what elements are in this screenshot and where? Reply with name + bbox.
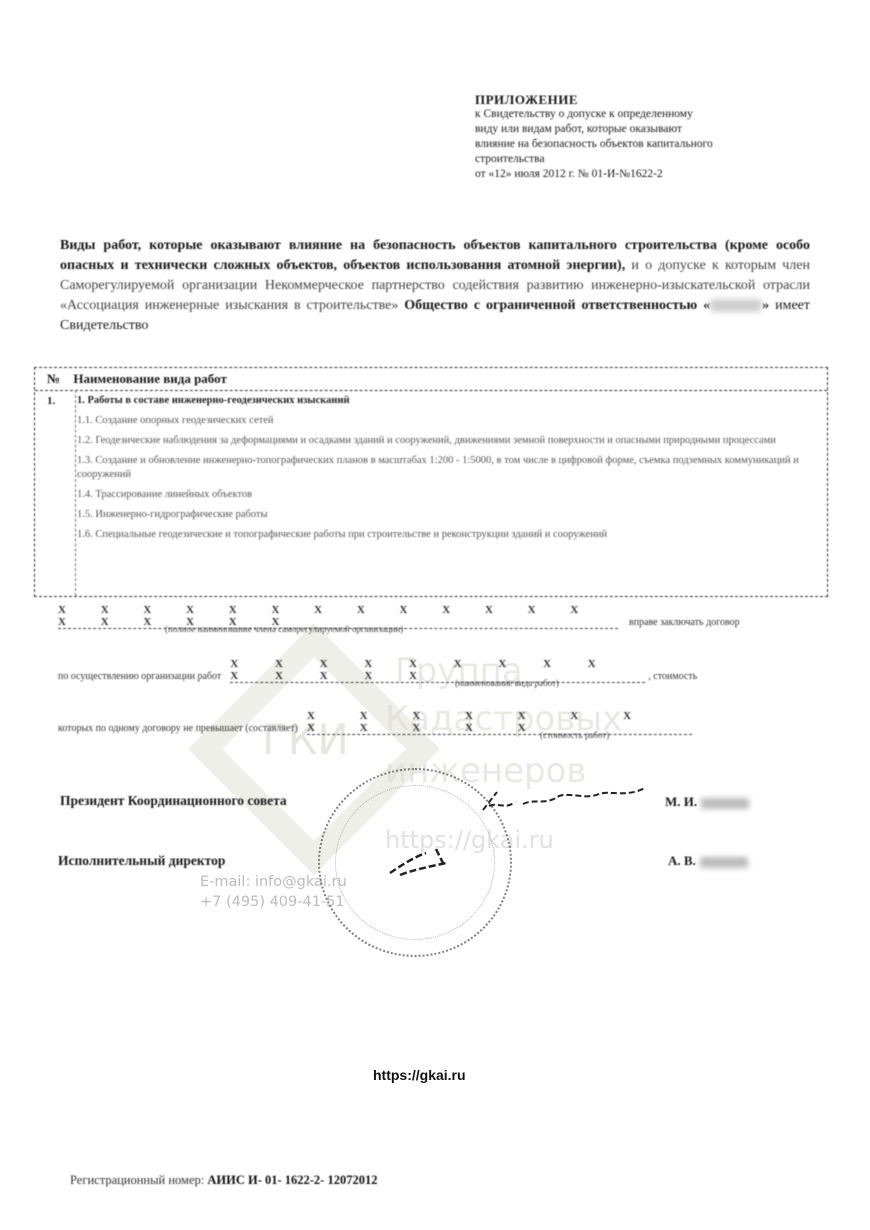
table-row: 1.6. Специальные геодезические и топогра… — [77, 528, 817, 542]
intro-org-suffix: » — [762, 298, 769, 313]
appendix-line-1: к Свидетельству о допуске к определенном… — [475, 107, 845, 122]
contract-line-3-placeholder: X X X X X X X X X X X X — [307, 710, 692, 735]
contract-line-2-prefix: по осуществлению организации работ — [58, 671, 221, 682]
registration-label: Регистрационный номер: — [70, 1173, 204, 1187]
redacted-director-surname — [700, 857, 748, 868]
work-types-table: № Наименование вида работ 1. 1. Работы в… — [34, 367, 828, 597]
contract-line-2: по осуществлению организации работ X X X… — [58, 658, 697, 683]
redacted-org-name — [710, 299, 762, 312]
table-row: 1.3. Создание и обновление инженерно-топ… — [77, 454, 817, 482]
appendix-line-2: виду или видам работ, которые оказывают — [475, 122, 845, 137]
table-header-name: Наименование вида работ — [73, 371, 227, 386]
appendix-line-5: от «12» июля 2012 г. № 01-И-№1622-2 — [475, 167, 845, 182]
document-page: ГКИ Группа Кадастровых инженеров https:/… — [0, 0, 870, 1230]
table-row: 1.1. Создание опорных геодезических сете… — [77, 414, 817, 428]
table-row: 1.2. Геодезические наблюдения за деформа… — [77, 434, 817, 448]
appendix-title: ПРИЛОЖЕНИЕ — [475, 92, 845, 107]
contract-line-2-placeholder: X X X X X X X X X X X X X X — [230, 658, 645, 683]
table-row-number: 1. — [47, 395, 55, 407]
contract-line-3-prefix: которых по одному договору не превышает … — [58, 723, 298, 734]
president-initials: М. И. — [665, 794, 697, 809]
table-rows: 1. Работы в составе инженерно-геодезичес… — [77, 394, 817, 548]
president-name: М. И. — [665, 794, 749, 810]
intro-paragraph: Виды работ, которые оказывают влияние на… — [60, 236, 810, 336]
table-row: 1.4. Трассирование линейных объектов — [77, 488, 817, 502]
contract-line-1-suffix: вправе заключать договор — [629, 617, 740, 628]
table-divider — [75, 390, 76, 596]
appendix-header: ПРИЛОЖЕНИЕ к Свидетельству о допуске к о… — [475, 92, 845, 182]
contract-line-2-suffix: , стоимость — [648, 671, 697, 682]
contract-line-2-caption: (наименование вида работ) — [455, 678, 559, 688]
director-initials: А. В. — [668, 853, 696, 868]
president-signature-icon — [475, 780, 655, 830]
director-label: Исполнительный директор — [58, 853, 225, 869]
intro-org-prefix: Общество с ограниченной ответственностью… — [404, 298, 710, 313]
redacted-president-surname — [701, 798, 749, 809]
president-label: Президент Координационного совета — [60, 793, 287, 809]
registration-number: Регистрационный номер: АИИС И- 01- 1622-… — [70, 1173, 377, 1188]
contract-line-3-caption: (стоимость работ) — [540, 730, 609, 740]
table-group-title: 1. Работы в составе инженерно-геодезичес… — [77, 394, 817, 408]
director-name: А. В. — [668, 853, 748, 869]
table-row: 1.5. Инженерно-гидрографические работы — [77, 508, 817, 522]
table-header-num: № — [47, 371, 60, 386]
footer-url-link[interactable]: https://gkai.ru — [373, 1067, 466, 1083]
table-header: № Наименование вида работ — [35, 368, 827, 391]
director-signature-icon — [380, 835, 490, 885]
contract-line-1-caption: (полное наименование члена саморегулируе… — [165, 624, 403, 634]
registration-value: АИИС И- 01- 1622-2- 12072012 — [207, 1173, 377, 1187]
appendix-line-3: влияние на безопасность объектов капитал… — [475, 137, 845, 152]
appendix-line-4: строительства — [475, 152, 845, 167]
